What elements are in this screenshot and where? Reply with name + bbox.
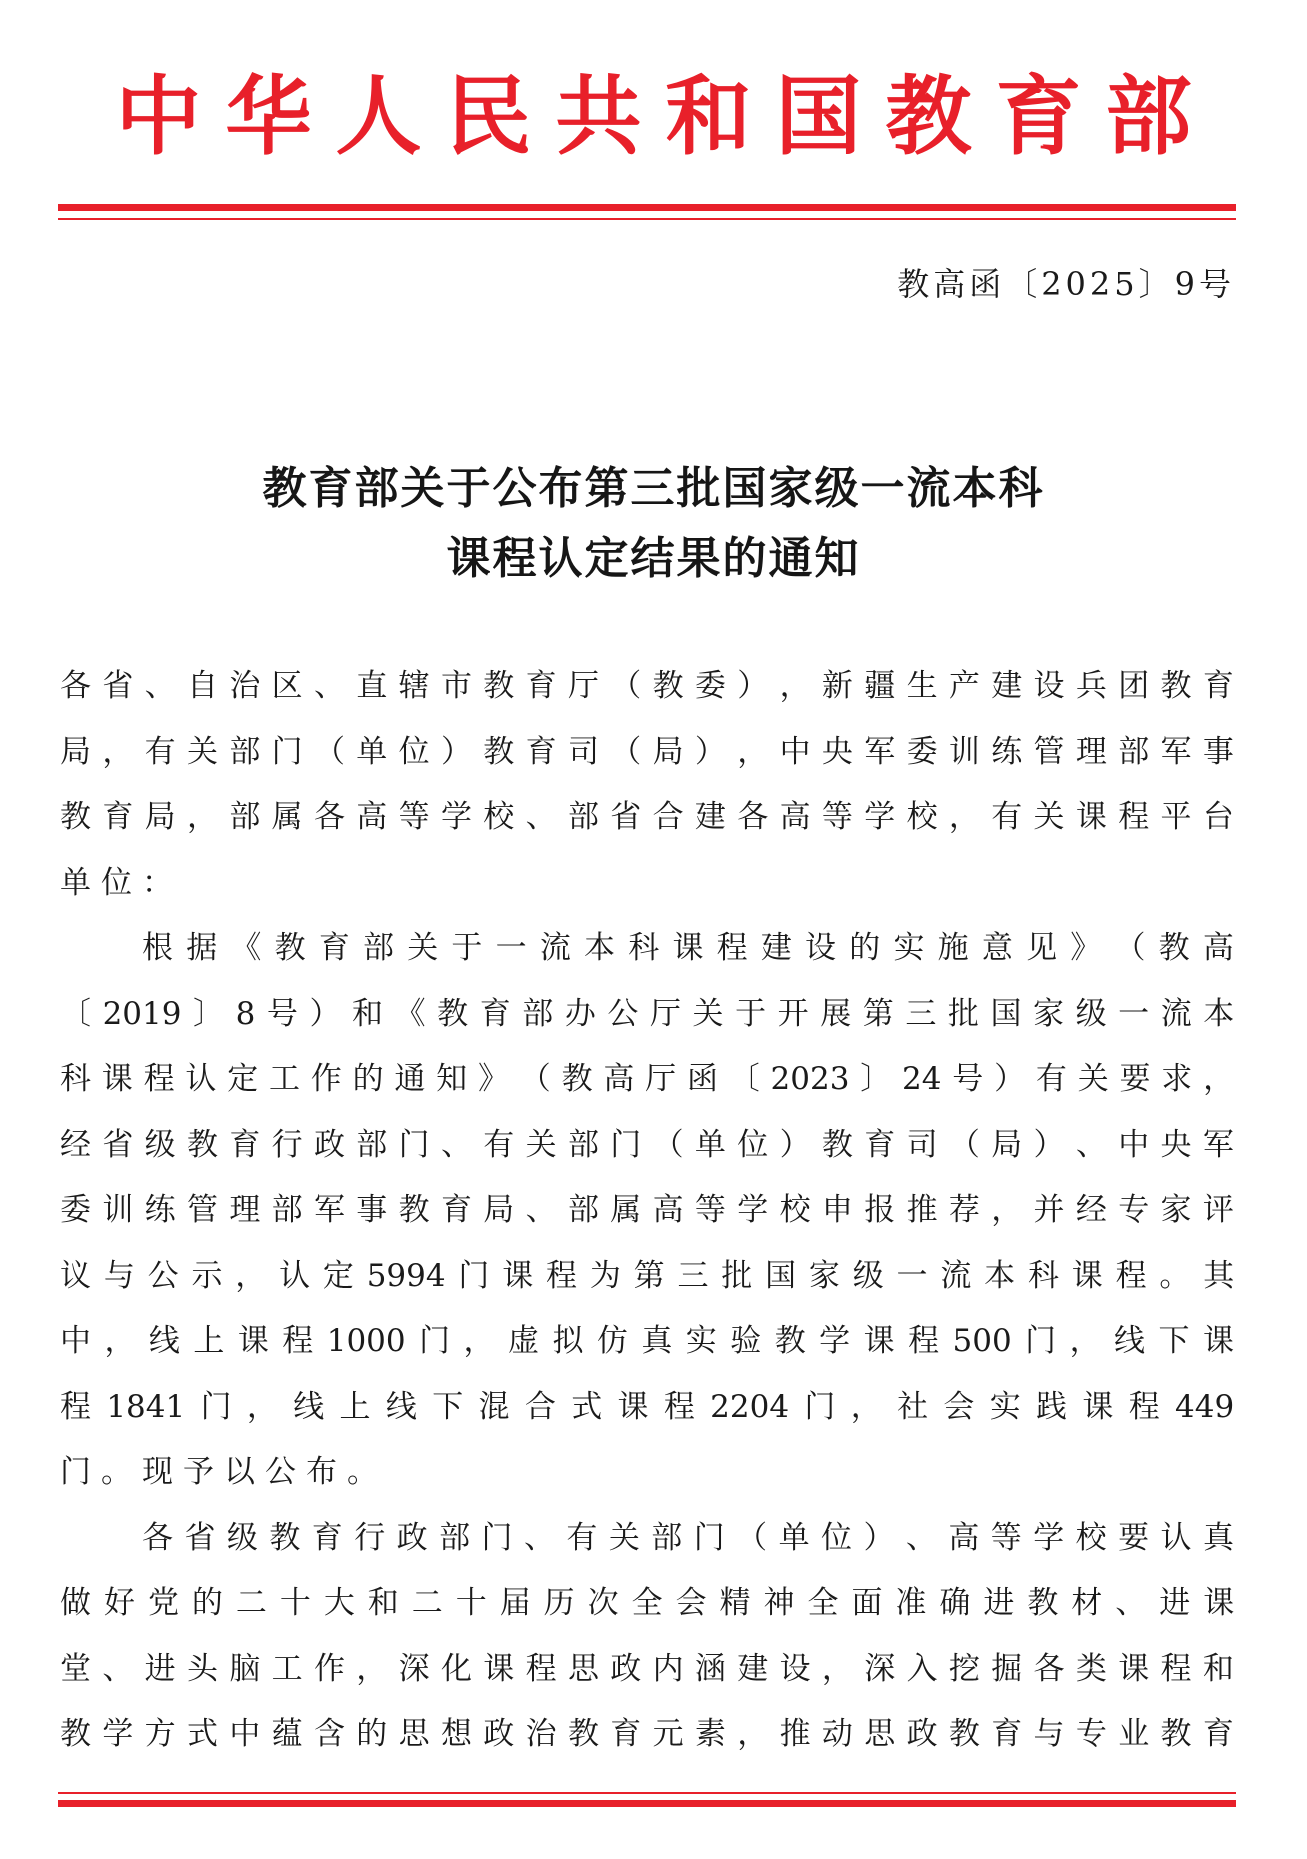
document-title-line-2: 课程认定结果的通知: [0, 531, 1307, 587]
body-line: 教 育 局 ， 部 属 各 高 等 学 校 、 部 省 合 建 各 高 等 学 …: [60, 795, 1234, 839]
body-line: 门。现予以公布。: [60, 1450, 1234, 1494]
body-line: 根 据 《 教 育 部 关 于 一 流 本 科 课 程 建 设 的 实 施 意 …: [142, 926, 1234, 970]
footer-rule-thick: [58, 1800, 1236, 1807]
body-line: 堂 、 进 头 脑 工 作 ， 深 化 课 程 思 政 内 涵 建 设 ， 深 …: [60, 1647, 1234, 1691]
document-title-line-1: 教育部关于公布第三批国家级一流本科: [0, 461, 1307, 517]
body-line: 程 1841 门 ， 线 上 线 下 混 合 式 课 程 2204 门 ， 社 …: [60, 1385, 1234, 1429]
body-line: 教 学 方 式 中 蕴 含 的 思 想 政 治 教 育 元 素 ， 推 动 思 …: [60, 1712, 1234, 1756]
body-line: 各 省 、 自 治 区 、 直 辖 市 教 育 厅 （ 教 委 ） ， 新 疆 …: [60, 664, 1234, 708]
footer-rule-thin: [58, 1792, 1236, 1794]
header-rule-thin: [58, 218, 1236, 220]
body-line: 委 训 练 管 理 部 军 事 教 育 局 、 部 属 高 等 学 校 申 报 …: [60, 1188, 1234, 1232]
body-line: 局 ， 有 关 部 门 （ 单 位 ） 教 育 司 （ 局 ） ， 中 央 军 …: [60, 730, 1234, 774]
body-line: 〔 2019 〕 8 号 ） 和 《 教 育 部 办 公 厅 关 于 开 展 第…: [60, 992, 1234, 1036]
issuer-masthead: 中华人民共和国教育部: [0, 62, 1307, 172]
body-line: 做 好 党 的 二 十 大 和 二 十 届 历 次 全 会 精 神 全 面 准 …: [60, 1581, 1234, 1625]
document-number: 教高函〔2025〕9号: [897, 264, 1235, 304]
body-line: 单位：: [60, 861, 1234, 905]
body-line: 科 课 程 认 定 工 作 的 通 知 》 （ 教 高 厅 函 〔 2023 〕…: [60, 1057, 1234, 1101]
header-rule-thick: [58, 204, 1236, 211]
body-line: 经 省 级 教 育 行 政 部 门 、 有 关 部 门 （ 单 位 ） 教 育 …: [60, 1123, 1234, 1167]
body-line: 议 与 公 示 ， 认 定 5994 门 课 程 为 第 三 批 国 家 级 一…: [60, 1254, 1234, 1298]
body-line: 各 省 级 教 育 行 政 部 门 、 有 关 部 门 （ 单 位 ） 、 高 …: [142, 1516, 1234, 1560]
body-line: 中 ， 线 上 课 程 1000 门 ， 虚 拟 仿 真 实 验 教 学 课 程…: [60, 1319, 1234, 1363]
